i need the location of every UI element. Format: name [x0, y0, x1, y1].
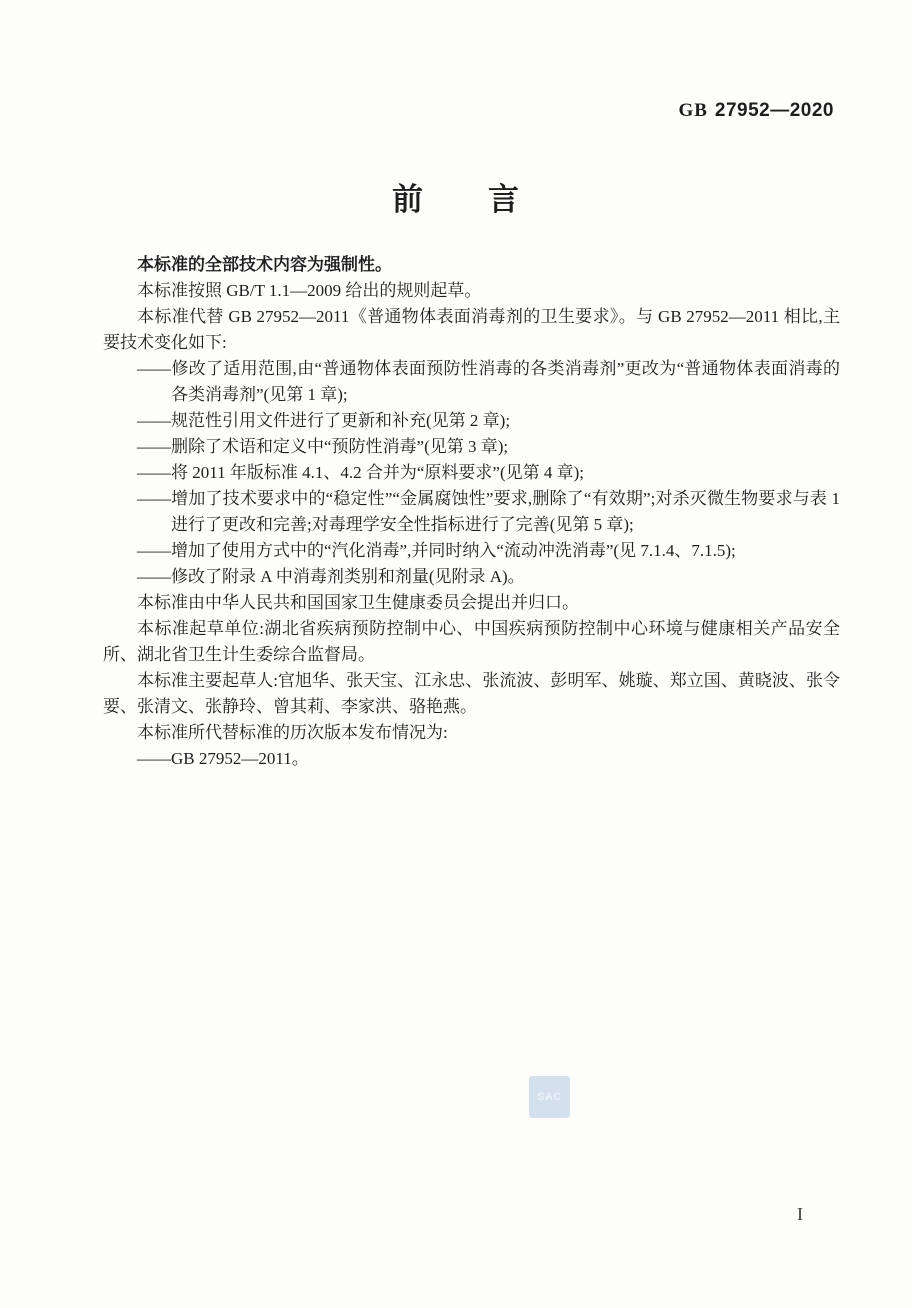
change-item: ——将 2011 年版标准 4.1、4.2 合并为“原料要求”(见第 4 章); [103, 460, 840, 486]
drafting-rule-paragraph: 本标准按照 GB/T 1.1—2009 给出的规则起草。 [103, 278, 840, 304]
change-item: ——增加了使用方式中的“汽化消毒”,并同时纳入“流动冲洗消毒”(见 7.1.4、… [103, 538, 840, 564]
drafters-paragraph: 本标准主要起草人:官旭华、张天宝、江永忠、张流波、彭明军、姚璇、郑立国、黄晓波、… [103, 668, 840, 720]
sac-watermark-logo: SAC [529, 1076, 570, 1118]
standard-code-number: 27952—2020 [715, 100, 834, 121]
previous-edition-item: ——GB 27952—2011。 [103, 746, 840, 772]
change-item: ——增加了技术要求中的“稳定性”“金属腐蚀性”要求,删除了“有效期”;对杀灭微生… [103, 486, 840, 538]
standard-code-header: GB27952—2020 [678, 100, 834, 122]
previous-editions-paragraph: 本标准所代替标准的历次版本发布情况为: [103, 720, 840, 746]
page-title: 前 言 [0, 174, 912, 219]
change-item: ——删除了术语和定义中“预防性消毒”(见第 3 章); [103, 434, 840, 460]
change-item: ——修改了适用范围,由“普通物体表面预防性消毒的各类消毒剂”更改为“普通物体表面… [103, 356, 840, 408]
document-page: GB27952—2020 前 言 本标准的全部技术内容为强制性。 本标准按照 G… [0, 0, 912, 1308]
drafting-organizations-paragraph: 本标准起草单位:湖北省疾病预防控制中心、中国疾病预防控制中心环境与健康相关产品安… [103, 616, 840, 668]
replacement-paragraph: 本标准代替 GB 27952—2011《普通物体表面消毒剂的卫生要求》。与 GB… [103, 304, 840, 356]
change-item: ——规范性引用文件进行了更新和补充(见第 2 章); [103, 408, 840, 434]
standard-code-prefix: GB [678, 100, 707, 121]
page-number: I [797, 1204, 803, 1225]
issuing-body-paragraph: 本标准由中华人民共和国国家卫生健康委员会提出并归口。 [103, 590, 840, 616]
change-item: ——修改了附录 A 中消毒剂类别和剂量(见附录 A)。 [103, 564, 840, 590]
sac-watermark-label: SAC [537, 1091, 562, 1103]
foreword-body: 本标准的全部技术内容为强制性。 本标准按照 GB/T 1.1—2009 给出的规… [103, 252, 840, 772]
mandatory-notice-paragraph: 本标准的全部技术内容为强制性。 [103, 252, 840, 278]
